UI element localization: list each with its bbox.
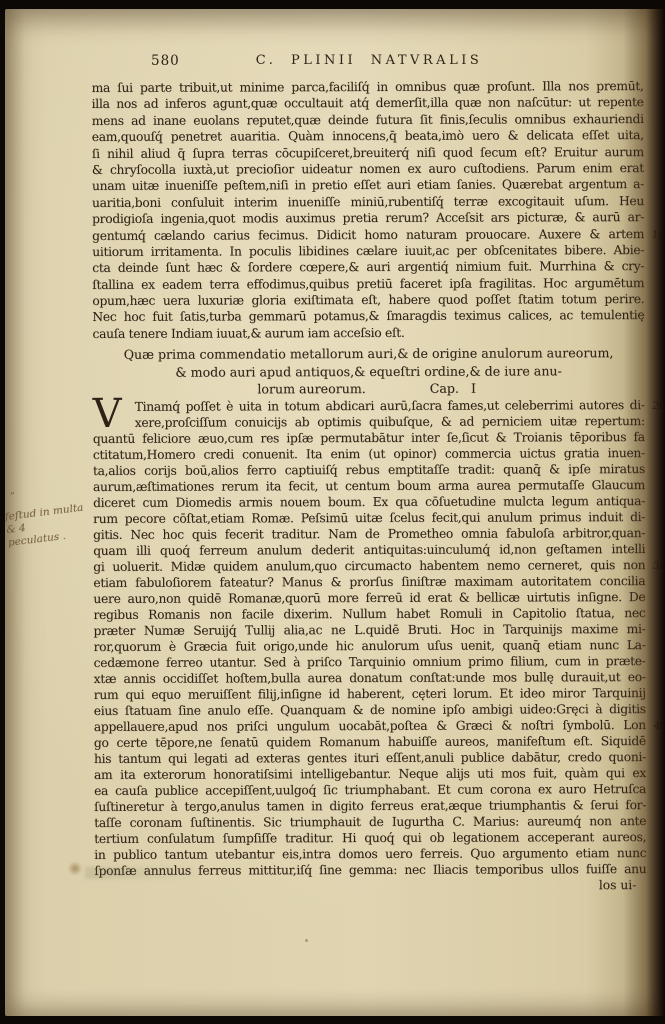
paper-speck	[185, 259, 187, 261]
text-line: cauſa tenere Indiam iuuat,& aurum iam ac…	[92, 324, 644, 342]
text-line: cta deinde ſunt hæc & ſordere cœpere,& a…	[92, 258, 644, 276]
chapter-heading-line-1: Quæ prima commendatio metallorum auri,& …	[93, 344, 645, 364]
ink-stain	[67, 862, 83, 875]
text-line: ma ſui parte tribuit,ut minime parca,fac…	[92, 78, 644, 96]
text-line: cedæmone ferreo utantur. Sed à priſco Ta…	[94, 653, 646, 671]
text-line: unam uitæ inueniſſe peſtem,niſi in preti…	[92, 176, 644, 194]
paragraph-2: V Tinamq́ poſſet è uita in totum abdicar…	[93, 397, 647, 879]
body-text-block: ma ſui parte tribuit,ut minime parca,fac…	[92, 78, 647, 894]
text-line: xtæ annis occidiſſet hoſtem,bulla aurea …	[94, 669, 646, 687]
chapter-heading-line-3: lorum aureorum.	[257, 380, 365, 398]
paragraph-1: ma ſui parte tribuit,ut minime parca,fac…	[92, 78, 645, 342]
text-line: etiam fabuloſiorem fateatur? Manus & pro…	[93, 573, 645, 591]
text-line: mens ad inane euolans reputet,quæ deinde…	[92, 111, 644, 129]
text-line: tertium conſulatum ſumpſiſſe traditur. H…	[94, 829, 646, 847]
book-page: 580 C. PLINII NATVRALIS ma ſui parte tri…	[5, 9, 665, 1016]
text-line: uitiorum irritamenta. In poculis libidin…	[92, 242, 644, 260]
text-line: appellauere,apud nos priſci ungulum uoca…	[94, 717, 646, 735]
text-line: in publico tantum utebantur eis,intra do…	[94, 845, 646, 863]
text-line: rum pecore cōſtat,etiam Romæ. Peſsimū ui…	[93, 509, 645, 527]
text-line: ta,alios corijs boū,alios ferro captiuiſ…	[93, 461, 645, 479]
chapter-number: Cap. I	[430, 380, 480, 398]
text-line: prodigioſa ingenia,quot modis auximus pr…	[92, 209, 644, 227]
chapter-heading-line-2: & modo auri apud antiquos,& equeſtri ord…	[93, 362, 645, 382]
chapter-heading: Quæ prima commendatio metallorum auri,& …	[93, 344, 645, 399]
text-line: quam illi quoq́ ferreum anulum dederit a…	[93, 541, 645, 559]
text-line: ſi nihil aliud q̄ ſupra terras cōcupiſce…	[92, 144, 644, 162]
text-line: Nec hoc fuit ſatis,turba gemmarū potamus…	[92, 308, 644, 326]
text-line: Tinamq́ poſſet è uita in totum abdicari …	[93, 397, 645, 415]
text-line: & chryſocolla iuxtà,ut precioſior uideat…	[92, 160, 644, 178]
text-line: ſtallina ex eadem terra effodimus,quibus…	[92, 275, 644, 293]
text-line: his tantum qui legati ad exteras gentes …	[94, 749, 646, 767]
margin-note-mark: ”	[10, 482, 89, 504]
text-line: taſſe coronam ſuſtinentis. Sic triumphau…	[94, 813, 646, 831]
text-line: uaritia,boni conſuluit interim inueniſſe…	[92, 193, 644, 211]
text-line: ctitatum,Homero credi conuenit. Ita enim…	[93, 445, 645, 463]
text-line: regibus Romanis non facile dixerim. Null…	[93, 605, 645, 623]
text-line: opum,hæc uera luxuriæ gloria exiſtimata …	[92, 291, 644, 309]
book-scan-photo: 580 C. PLINII NATVRALIS ma ſui parte tri…	[0, 0, 665, 1024]
text-line: quantū feliciore æuo,cum res ipſæ permut…	[93, 429, 645, 447]
text-line: go certe tēpore,ne ſenatū quidem Romanum…	[94, 733, 646, 751]
text-line: rum qui equo meruiſſent filij,inſigne id…	[94, 685, 646, 703]
paper-speck	[305, 939, 308, 942]
text-line: gitis. Nec hoc quis fecerit traditur. Na…	[93, 525, 645, 543]
handwritten-margin-note: ” feſtud in multa & 4 peculatus .	[2, 482, 94, 550]
text-line: xere,proſciſſum conuicijs ab optimis qui…	[93, 413, 645, 431]
text-line: eius ſtatuam ſine anulo eſſe. Quanquam &…	[94, 701, 646, 719]
text-line: ror,quorum è Græcia fuit origo,unde hic …	[94, 637, 646, 655]
text-line: præter Numæ Seruijq́ Tullij alia,ac ne L…	[93, 621, 645, 639]
text-line: uere auro,non quidē Romanæ,quorū more fe…	[93, 589, 645, 607]
text-line: eam,quouſq́ penetret auaritia. Quàm inno…	[92, 127, 644, 145]
bleedthrough-smudge	[85, 867, 235, 879]
text-line: gi uoluerit. Midæ quidem anulum,quo circ…	[93, 557, 645, 575]
text-line: illa nos ad inferos agunt,quæ occultauit…	[92, 94, 644, 112]
page-number: 580	[151, 53, 180, 69]
text-line: aurum,æſtimationes rerum ita fecit, ut c…	[93, 477, 645, 495]
text-line: gentumq́ cælando carius fecimus. Didicit…	[92, 226, 644, 244]
text-line: ea cauſa publice accepiſſent,uulgoq́ ſic…	[94, 781, 646, 799]
page-header: 580 C. PLINII NATVRALIS	[93, 53, 645, 71]
binding-gutter-shadow	[623, 9, 665, 1016]
text-line: ſuſtineretur à tergo,anulus tamen in dig…	[94, 797, 646, 815]
text-line: am ita exterorum honoratiſsimi intellige…	[94, 765, 646, 783]
text-line: diceret cum Diomedis armis nouem boum. E…	[93, 493, 645, 511]
